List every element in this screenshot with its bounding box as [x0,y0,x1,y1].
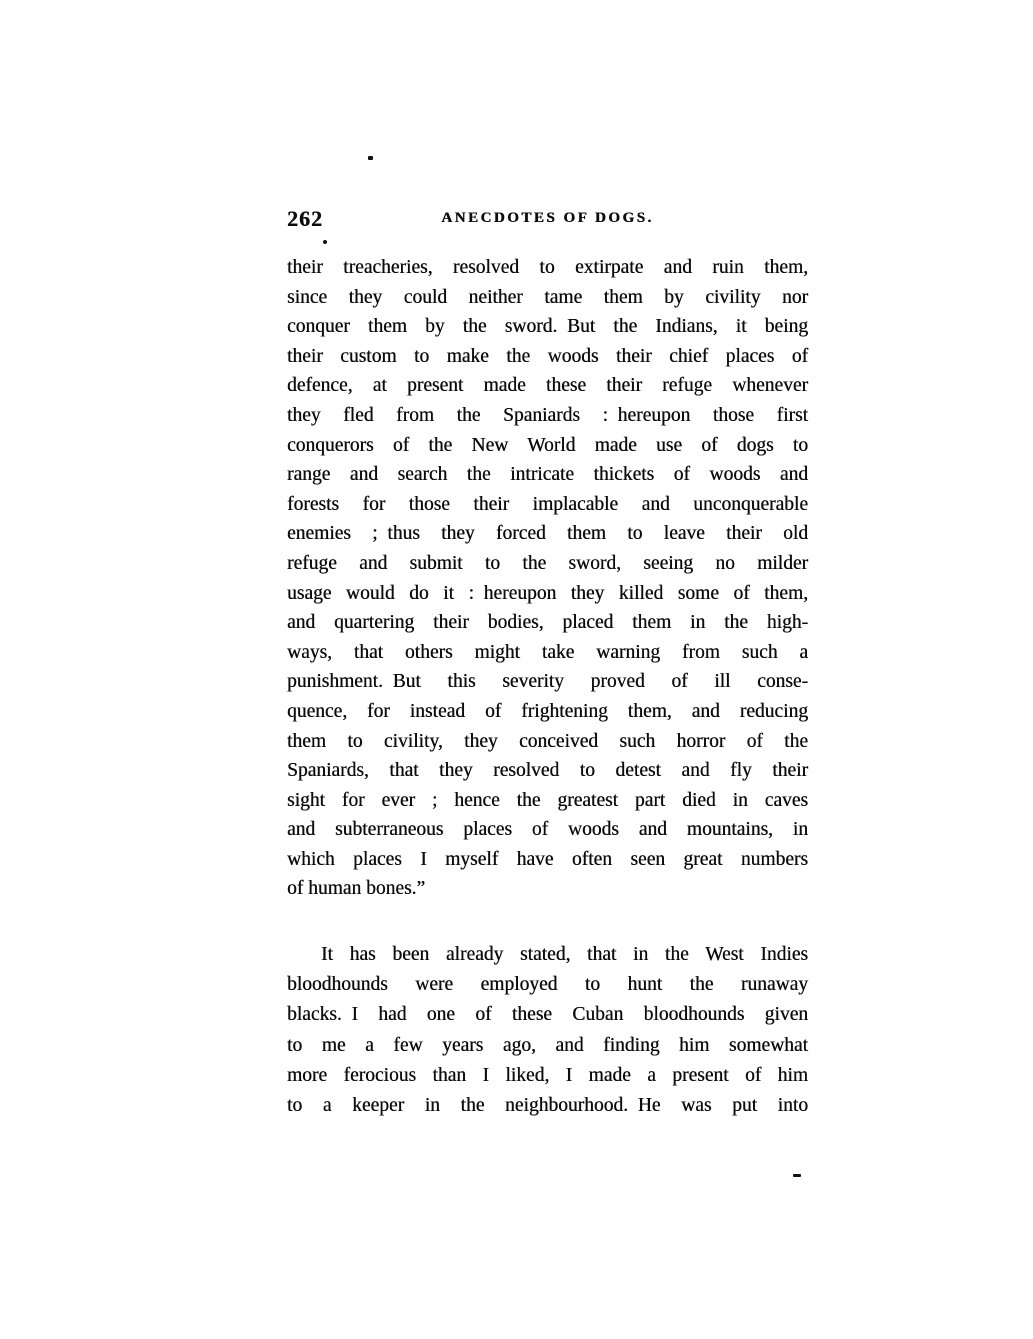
text-line: Spaniards, that they resolved to detest … [287,756,808,786]
book-page-scan: 262 ANECDOTES OF DOGS. their treacheries… [0,0,1033,1339]
text-line: range and search the intricate thickets … [287,460,808,490]
ink-speck-top [368,156,373,160]
text-line: conquerors of the New World made use of … [287,431,808,461]
text-line: them to civility, they conceived such ho… [287,727,808,757]
text-line: punishment. But this severity proved of … [287,667,808,697]
running-header: 262 ANECDOTES OF DOGS. [287,206,808,236]
text-line: bloodhounds were employed to hunt the ru… [287,970,808,1000]
text-line: forests for those their implacable and u… [287,490,808,520]
text-line: more ferocious than I liked, I made a pr… [287,1061,808,1091]
text-line: and subterraneous places of woods and mo… [287,815,808,845]
text-line: since they could neither tame them by ci… [287,283,808,313]
text-line: to me a few years ago, and finding him s… [287,1031,808,1061]
text-line: usage would do it : hereupon they killed… [287,579,808,609]
text-line: their treacheries, resolved to extirpate… [287,253,808,283]
text-line: quence, for instead of frightening them,… [287,697,808,727]
ink-speck-bottom [793,1174,801,1177]
text-line: defence, at present made these their ref… [287,371,808,401]
text-line: their custom to make the woods their chi… [287,342,808,372]
text-line: blacks. I had one of these Cuban bloodho… [287,1000,808,1030]
paragraph-continuation: their treacheries, resolved to extirpate… [287,253,808,904]
text-line: they fled from the Spaniards : hereupon … [287,401,808,431]
text-line: and quartering their bodies, placed them… [287,608,808,638]
running-title: ANECDOTES OF DOGS. [287,210,808,227]
text-line: to a keeper in the neighbourhood. He was… [287,1091,808,1121]
text-line: of human bones.” [287,874,808,904]
ink-speck-under-page-number [323,240,327,244]
text-line: sight for ever ; hence the greatest part… [287,786,808,816]
text-line: refuge and submit to the sword, seeing n… [287,549,808,579]
text-line: ways, that others might take warning fro… [287,638,808,668]
text-line: enemies ; thus they forced them to leave… [287,519,808,549]
text-line: It has been already stated, that in the … [287,940,808,970]
text-line: which places I myself have often seen gr… [287,845,808,875]
paragraph-bloodhounds: It has been already stated, that in the … [287,940,808,1121]
text-line: conquer them by the sword. But the India… [287,312,808,342]
